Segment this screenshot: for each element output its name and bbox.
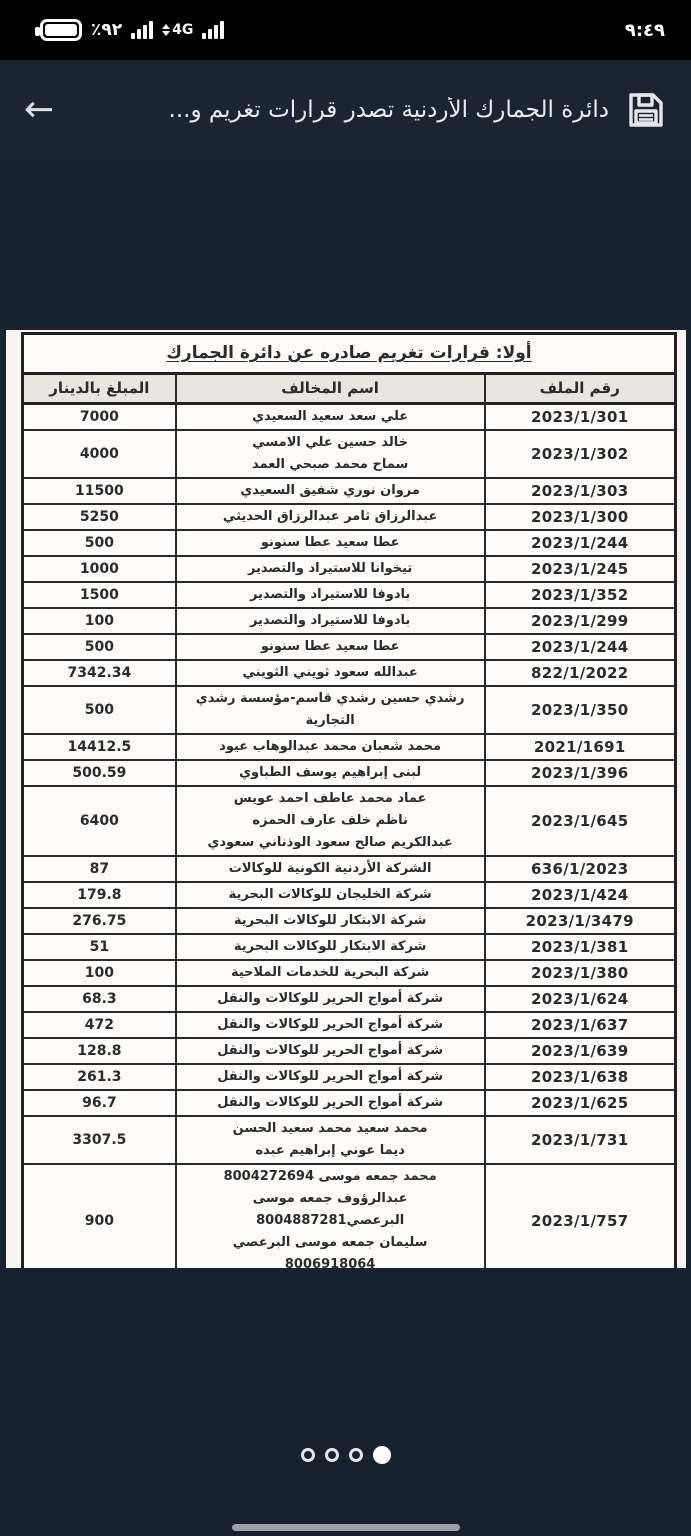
cell-file-number: 822/1/2022: [486, 661, 675, 685]
fines-table: أولا: قرارات تغريم صادره عن دائرة الجمار…: [21, 332, 677, 1268]
cell-file-number: 2023/1/757: [486, 1165, 675, 1268]
table-title: أولا: قرارات تغريم صادره عن دائرة الجمار…: [24, 335, 674, 375]
signal-bars-icon-2: [202, 21, 224, 39]
cell-violator-name: عطا سعيد عطا سنونو: [177, 531, 486, 555]
cell-amount: 1500: [24, 583, 177, 607]
cell-violator-name: شركة البحرية للخدمات الملاحية: [177, 961, 486, 985]
table-row: 2023/1/299بادوفا للاستيراد والتصدير100: [24, 609, 674, 635]
cell-amount: 1000: [24, 557, 177, 581]
cell-amount: 14412.5: [24, 735, 177, 759]
network-type: 4G: [162, 22, 193, 38]
cell-file-number: 2023/1/352: [486, 583, 675, 607]
cell-violator-name: علي سعد سعيد السعيدي: [177, 405, 486, 429]
col-header-file: رقم الملف: [486, 375, 675, 405]
table-row: 2023/1/3479شركة الابتكار للوكالات البحري…: [24, 909, 674, 935]
cell-file-number: 636/1/2023: [486, 857, 675, 881]
cell-amount: 7000: [24, 405, 177, 429]
col-header-name: اسم المخالف: [177, 375, 486, 405]
status-bar: ٪٩٢ 4G ٩:٤٩: [0, 0, 691, 60]
table-row: 636/1/2023الشركة الأردنية الكونية للوكال…: [24, 857, 674, 883]
cell-file-number: 2023/1/245: [486, 557, 675, 581]
cell-violator-name: شركة الخليجان للوكالات البحرية: [177, 883, 486, 907]
cell-violator-name: محمد شعبان محمد عبدالوهاب عيود: [177, 735, 486, 759]
table-row: 2023/1/301علي سعد سعيد السعيدي7000: [24, 405, 674, 431]
cell-amount: 472: [24, 1013, 177, 1037]
cell-violator-name: شركة أمواج الحرير للوكالات والنقل: [177, 1065, 486, 1089]
cell-file-number: 2023/1/625: [486, 1091, 675, 1115]
cell-file-number: 2023/1/381: [486, 935, 675, 959]
cell-amount: 5250: [24, 505, 177, 529]
cell-violator-name: الشركة الأردنية الكونية للوكالات: [177, 857, 486, 881]
cell-file-number: 2023/1/301: [486, 405, 675, 429]
cell-amount: 7342.34: [24, 661, 177, 685]
cell-violator-name: محمد جمعه موسى 8004272694عبدالرؤوف جمعه …: [177, 1165, 486, 1268]
signal-bars-icon: [131, 21, 153, 39]
battery-percent: ٪٩٢: [91, 20, 122, 40]
cell-file-number: 2023/1/731: [486, 1117, 675, 1163]
cell-amount: 68.3: [24, 987, 177, 1011]
cell-amount: 500: [24, 531, 177, 555]
table-row: 2023/1/381شركة الابتكار للوكالات البحرية…: [24, 935, 674, 961]
cell-file-number: 2023/1/396: [486, 761, 675, 785]
table-row: 2023/1/638شركة أمواج الحرير للوكالات وال…: [24, 1065, 674, 1091]
cell-amount: 500: [24, 687, 177, 733]
cell-violator-name: عبدالرزاق ثامر عبدالرزاق الحديثي: [177, 505, 486, 529]
cell-violator-name: شركة أمواج الحرير للوكالات والنقل: [177, 1039, 486, 1063]
cell-file-number: 2023/1/645: [486, 787, 675, 855]
save-icon[interactable]: [625, 89, 667, 131]
document-viewer: أولا: قرارات تغريم صادره عن دائرة الجمار…: [0, 160, 691, 1536]
cell-file-number: 2023/1/302: [486, 431, 675, 477]
cell-violator-name: عماد محمد عاطف احمد عويسناظم خلف عارف ال…: [177, 787, 486, 855]
cell-file-number: 2023/1/300: [486, 505, 675, 529]
cell-violator-name: شركة الابتكار للوكالات البحرية: [177, 909, 486, 933]
cell-violator-name: لبنى إبراهيم يوسف الطباوي: [177, 761, 486, 785]
cell-amount: 6400: [24, 787, 177, 855]
cell-file-number: 2023/1/303: [486, 479, 675, 503]
table-row: 2023/1/244عطا سعيد عطا سنونو500: [24, 531, 674, 557]
cell-amount: 276.75: [24, 909, 177, 933]
page-title: دائرة الجمارك الأردنية تصدر قرارات تغريم…: [169, 97, 609, 123]
cell-file-number: 2023/1/624: [486, 987, 675, 1011]
data-arrows-icon: [162, 24, 170, 36]
cell-amount: 96.7: [24, 1091, 177, 1115]
cell-amount: 11500: [24, 479, 177, 503]
cell-file-number: 2023/1/380: [486, 961, 675, 985]
table-row: 2023/1/625شركة أمواج الحرير للوكالات وال…: [24, 1091, 674, 1117]
table-row: 2023/1/645عماد محمد عاطف احمد عويسناظم خ…: [24, 787, 674, 857]
cell-violator-name: تيخوانا للاستيراد والتصدير: [177, 557, 486, 581]
cell-file-number: 2023/1/638: [486, 1065, 675, 1089]
table-row: 2023/1/352بادوفا للاستيراد والتصدير1500: [24, 583, 674, 609]
battery-icon: [40, 19, 82, 41]
cell-amount: 500.59: [24, 761, 177, 785]
cell-amount: 100: [24, 961, 177, 985]
cell-amount: 3307.5: [24, 1117, 177, 1163]
cell-violator-name: عطا سعيد عطا سنونو: [177, 635, 486, 659]
page-dot-4[interactable]: [373, 1446, 391, 1464]
cell-violator-name: شركة أمواج الحرير للوكالات والنقل: [177, 987, 486, 1011]
cell-violator-name: خالد حسين علي الامسيسماح محمد صبحي العمد: [177, 431, 486, 477]
status-left-cluster: ٪٩٢ 4G: [40, 19, 224, 41]
app-bar: ← دائرة الجمارك الأردنية تصدر قرارات تغر…: [0, 60, 691, 160]
cell-amount: 900: [24, 1165, 177, 1268]
network-label: 4G: [172, 22, 193, 38]
clock: ٩:٤٩: [625, 20, 665, 41]
cell-violator-name: بادوفا للاستيراد والتصدير: [177, 583, 486, 607]
cell-file-number: 2021/1691: [486, 735, 675, 759]
page-indicator: [0, 1446, 691, 1464]
table-row: 2023/1/757محمد جمعه موسى 8004272694عبدال…: [24, 1165, 674, 1268]
table-row: 2023/1/424شركة الخليجان للوكالات البحرية…: [24, 883, 674, 909]
cell-file-number: 2023/1/424: [486, 883, 675, 907]
cell-file-number: 2023/1/350: [486, 687, 675, 733]
home-indicator[interactable]: [232, 1524, 460, 1531]
cell-violator-name: شركة أمواج الحرير للوكالات والنقل: [177, 1013, 486, 1037]
table-row: 2023/1/731محمد سعيد محمد سعيد الحسنديما …: [24, 1117, 674, 1165]
table-header-row: رقم الملف اسم المخالف المبلغ بالدينار: [24, 375, 674, 405]
page-dot-3[interactable]: [349, 1448, 363, 1462]
cell-amount: 128.8: [24, 1039, 177, 1063]
cell-amount: 261.3: [24, 1065, 177, 1089]
table-row: 2023/1/639شركة أمواج الحرير للوكالات وال…: [24, 1039, 674, 1065]
table-row: 2023/1/380شركة البحرية للخدمات الملاحية1…: [24, 961, 674, 987]
cell-violator-name: رشدي حسين رشدي قاسم-مؤسسة رشديالتجارية: [177, 687, 486, 733]
table-row: 2023/1/245تيخوانا للاستيراد والتصدير1000: [24, 557, 674, 583]
cell-file-number: 2023/1/299: [486, 609, 675, 633]
table-row: 2023/1/396لبنى إبراهيم يوسف الطباوي500.5…: [24, 761, 674, 787]
cell-amount: 500: [24, 635, 177, 659]
table-row: 2023/1/244عطا سعيد عطا سنونو500: [24, 635, 674, 661]
cell-amount: 179.8: [24, 883, 177, 907]
table-row: 2023/1/637شركة أمواج الحرير للوكالات وال…: [24, 1013, 674, 1039]
cell-file-number: 2023/1/637: [486, 1013, 675, 1037]
cell-violator-name: شركة أمواج الحرير للوكالات والنقل: [177, 1091, 486, 1115]
cell-file-number: 2023/1/3479: [486, 909, 675, 933]
table-row: 2023/1/303مروان نوري شفيق السعيدي11500: [24, 479, 674, 505]
page-dot-1[interactable]: [301, 1448, 315, 1462]
col-header-amount: المبلغ بالدينار: [24, 375, 177, 405]
cell-amount: 87: [24, 857, 177, 881]
cell-amount: 100: [24, 609, 177, 633]
table-row: 822/1/2022عبدالله سعود ثويني الثويني7342…: [24, 661, 674, 687]
table-row: 2023/1/300عبدالرزاق ثامر عبدالرزاق الحدي…: [24, 505, 674, 531]
cell-file-number: 2023/1/639: [486, 1039, 675, 1063]
table-row: 2023/1/350رشدي حسين رشدي قاسم-مؤسسة رشدي…: [24, 687, 674, 735]
cell-violator-name: عبدالله سعود ثويني الثويني: [177, 661, 486, 685]
table-row: 2023/1/302خالد حسين علي الامسيسماح محمد …: [24, 431, 674, 479]
page-dot-2[interactable]: [325, 1448, 339, 1462]
table-row: 2023/1/624شركة أمواج الحرير للوكالات وال…: [24, 987, 674, 1013]
cell-file-number: 2023/1/244: [486, 531, 675, 555]
document-page: أولا: قرارات تغريم صادره عن دائرة الجمار…: [6, 330, 686, 1268]
cell-violator-name: مروان نوري شفيق السعيدي: [177, 479, 486, 503]
cell-violator-name: بادوفا للاستيراد والتصدير: [177, 609, 486, 633]
back-arrow-icon[interactable]: ←: [24, 92, 54, 128]
cell-violator-name: محمد سعيد محمد سعيد الحسنديما عوني إبراه…: [177, 1117, 486, 1163]
table-body: 2023/1/301علي سعد سعيد السعيدي70002023/1…: [24, 405, 674, 1268]
cell-violator-name: شركة الابتكار للوكالات البحرية: [177, 935, 486, 959]
cell-file-number: 2023/1/244: [486, 635, 675, 659]
table-row: 2021/1691محمد شعبان محمد عبدالوهاب عيود1…: [24, 735, 674, 761]
cell-amount: 4000: [24, 431, 177, 477]
cell-amount: 51: [24, 935, 177, 959]
